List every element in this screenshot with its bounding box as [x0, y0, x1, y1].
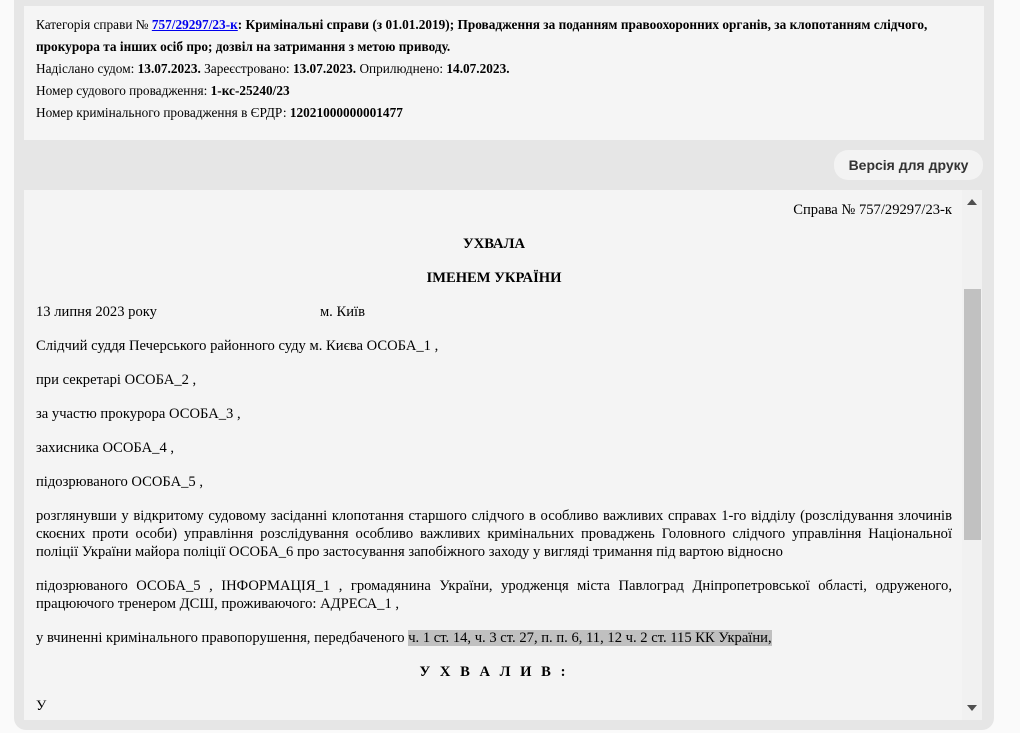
registered-label: Зареєстровано:	[204, 61, 289, 76]
case-info-panel: Категорія справи № 757/29297/23-к: Кримі…	[24, 6, 984, 140]
erdr-label: Номер кримінального провадження в ЄРДР:	[36, 105, 287, 120]
court-proceeding-number: 1-кс-25240/23	[211, 83, 290, 98]
date-city-row: 13 липня 2023 рокум. Київ	[36, 303, 952, 321]
prosecutor-line: за участю прокурора ОСОБА_3 ,	[36, 405, 952, 423]
next-paragraph-partial: У	[36, 697, 952, 715]
document-title: УХВАЛА	[36, 235, 952, 253]
offense-prefix: у вчиненні кримінального правопорушення,…	[36, 630, 408, 646]
ruled-text: У Х В А Л И В :	[420, 664, 569, 680]
ruled-heading: У Х В А Л И В :	[36, 663, 952, 681]
published-date: 14.07.2023.	[446, 61, 509, 76]
scrollbar-thumb[interactable]	[964, 289, 981, 540]
considered-paragraph: розглянувши у відкритому судовому засіда…	[36, 507, 952, 561]
scroll-up-arrow-icon[interactable]	[967, 199, 977, 205]
document-subtitle: ІМЕНЕМ УКРАЇНИ	[36, 269, 952, 287]
secretary-line: при секретарі ОСОБА_2 ,	[36, 371, 952, 389]
print-version-button[interactable]: Версія для друку	[834, 150, 983, 180]
defender-line: захисника ОСОБА_4 ,	[36, 439, 952, 457]
published-label: Оприлюднено:	[359, 61, 443, 76]
court-proceeding-label: Номер судового провадження:	[36, 83, 207, 98]
erdr-number-row: Номер кримінального провадження в ЄРДР: …	[36, 102, 972, 124]
suspect-details-paragraph: підозрюваного ОСОБА_5 , ІНФОРМАЦІЯ_1 , г…	[36, 577, 952, 613]
scroll-down-arrow-icon[interactable]	[967, 705, 977, 711]
suspect-line: підозрюваного ОСОБА_5 ,	[36, 473, 952, 491]
registered-date: 13.07.2023.	[293, 61, 356, 76]
category-label: Категорія справи №	[36, 17, 149, 32]
offense-paragraph: у вчиненні кримінального правопорушення,…	[36, 629, 952, 647]
document-content: Справа № 757/29297/23-к УХВАЛА ІМЕНЕМ УК…	[36, 190, 952, 715]
document-date: 13 липня 2023 року	[36, 304, 157, 320]
court-proceeding: Номер судового провадження: 1-кс-25240/2…	[36, 80, 972, 102]
case-number-link[interactable]: 757/29297/23-к	[152, 17, 238, 32]
erdr-number: 12021000000001477	[290, 105, 403, 120]
document-city: м. Київ	[320, 304, 365, 320]
sent-label: Надіслано судом:	[36, 61, 134, 76]
case-dates: Надіслано судом: 13.07.2023. Зареєстрова…	[36, 58, 972, 80]
offense-articles-highlight: ч. 1 ст. 14, ч. 3 ст. 27, п. п. 6, 11, 1…	[408, 630, 771, 646]
document-viewer[interactable]: Справа № 757/29297/23-к УХВАЛА ІМЕНЕМ УК…	[24, 190, 982, 720]
judge-line: Слідчий суддя Печерського районного суду…	[36, 337, 952, 355]
case-reference: Справа № 757/29297/23-к	[36, 201, 952, 219]
sent-date: 13.07.2023.	[138, 61, 201, 76]
case-category: Категорія справи № 757/29297/23-к: Кримі…	[36, 14, 972, 58]
document-scrollbar[interactable]	[962, 190, 982, 720]
